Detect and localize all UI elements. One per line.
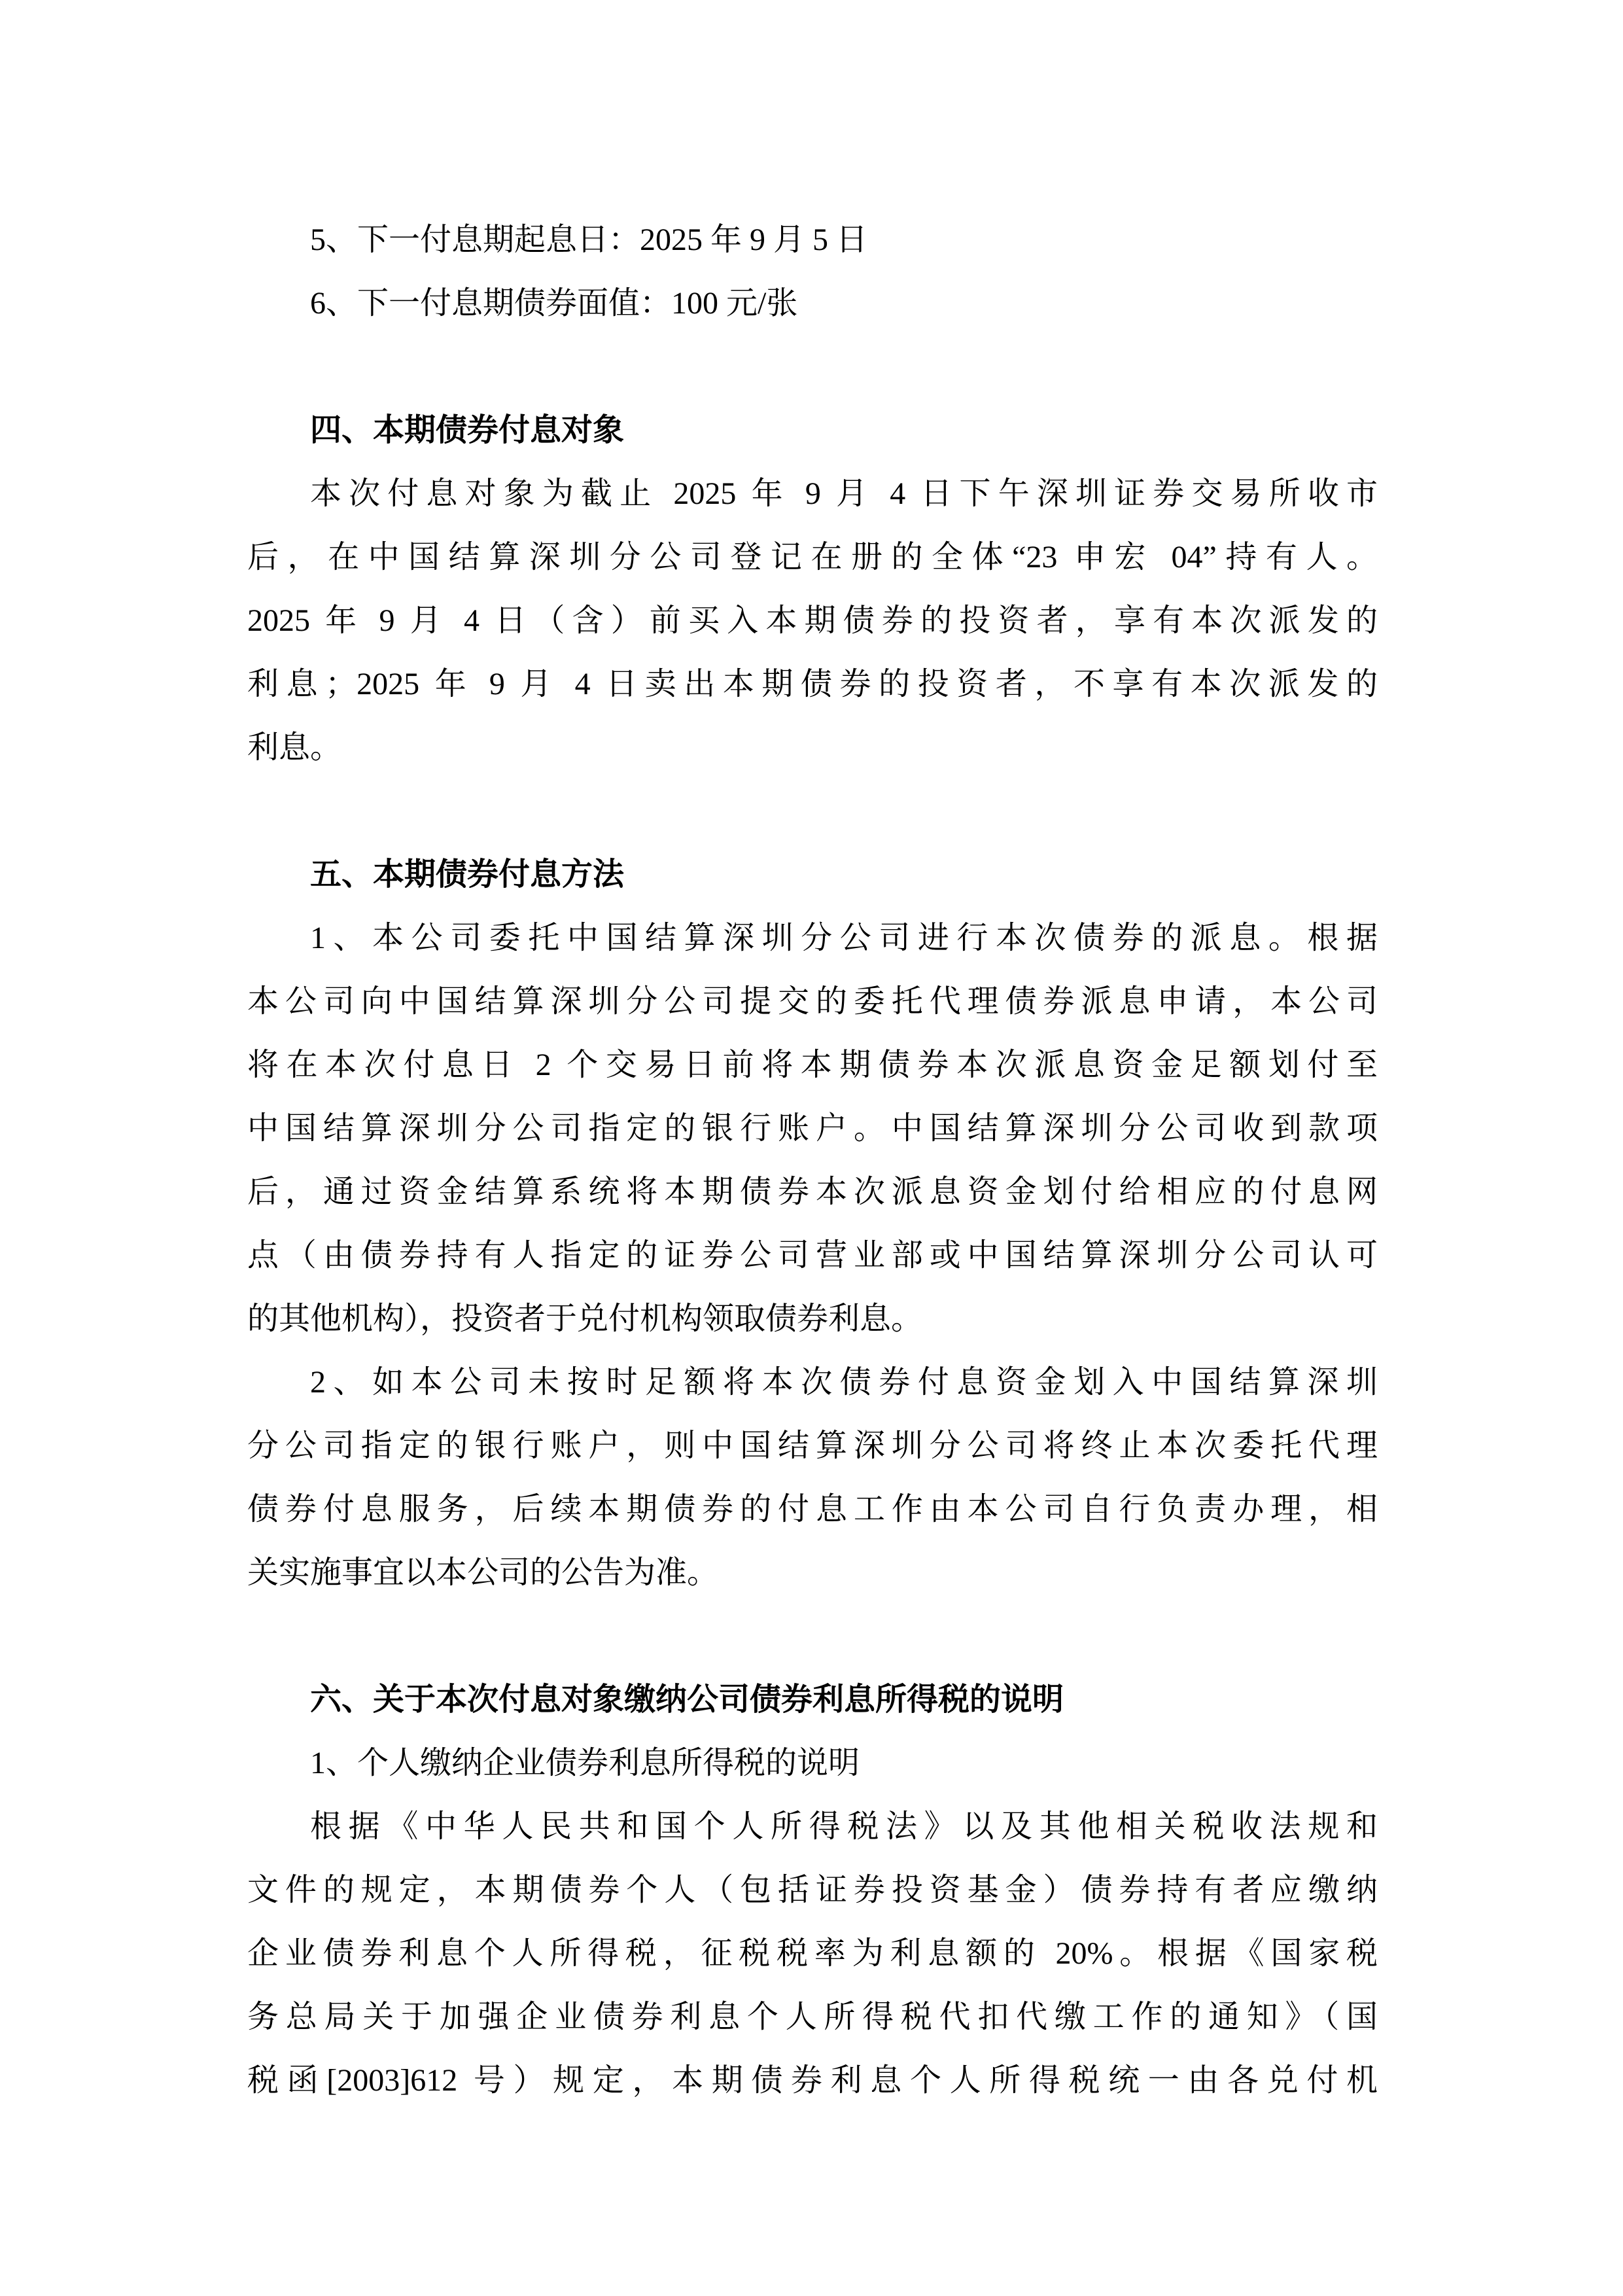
paragraph: 根据《中华人民共和国个人所得税法》以及其他相关税收法规和 文件的规定，本期债券个… bbox=[247, 1795, 1378, 2112]
text-line: 2025 年 9 月 4 日（含）前买入本期债券的投资者，享有本次派发的 bbox=[247, 589, 1378, 652]
paragraph: 1、个人缴纳企业债券利息所得税的说明 bbox=[247, 1731, 1378, 1795]
list-item: 5、下一付息期起息日：2025 年 9 月 5 日 bbox=[247, 208, 1378, 272]
text-line: 税函[2003]612 号）规定，本期债券利息个人所得税统一由各兑付机 bbox=[247, 2049, 1378, 2112]
text-line: 的其他机构），投资者于兑付机构领取债券利息。 bbox=[247, 1287, 1378, 1351]
paragraph: 1、本公司委托中国结算深圳分公司进行本次债券的派息。根据 本公司向中国结算深圳分… bbox=[247, 906, 1378, 1351]
text-line: 后，通过资金结算系统将本期债券本次派息资金划付给相应的付息网 bbox=[247, 1160, 1378, 1224]
text-line: 将在本次付息日 2 个交易日前将本期债券本次派息资金足额划付至 bbox=[247, 1033, 1378, 1097]
text-line: 关实施事宜以本公司的公告为准。 bbox=[247, 1541, 1378, 1604]
section-heading: 五、本期债券付息方法 bbox=[247, 843, 1378, 906]
paragraph: 2、如本公司未按时足额将本次债券付息资金划入中国结算深圳 分公司指定的银行账户，… bbox=[247, 1351, 1378, 1604]
text-line: 利息。 bbox=[247, 716, 1378, 779]
text-line: 利息；2025 年 9 月 4 日卖出本期债券的投资者，不享有本次派发的 bbox=[247, 652, 1378, 716]
text-line: 中国结算深圳分公司指定的银行账户。中国结算深圳分公司收到款项 bbox=[247, 1097, 1378, 1160]
text-line: 企业债券利息个人所得税，征税税率为利息额的 20%。根据《国家税 bbox=[247, 1922, 1378, 1985]
text-line: 本次付息对象为截止 2025 年 9 月 4 日下午深圳证券交易所收市 bbox=[247, 462, 1378, 525]
section-payment-method: 五、本期债券付息方法 1、本公司委托中国结算深圳分公司进行本次债券的派息。根据 … bbox=[247, 843, 1378, 1604]
text-line: 分公司指定的银行账户，则中国结算深圳分公司将终止本次委托代理 bbox=[247, 1414, 1378, 1477]
text-line: 1、本公司委托中国结算深圳分公司进行本次债券的派息。根据 bbox=[247, 906, 1378, 970]
text-line: 2、如本公司未按时足额将本次债券付息资金划入中国结算深圳 bbox=[247, 1351, 1378, 1414]
text-line: 本公司向中国结算深圳分公司提交的委托代理债券派息申请，本公司 bbox=[247, 970, 1378, 1033]
section-heading: 四、本期债券付息对象 bbox=[247, 398, 1378, 462]
document-page: 5、下一付息期起息日：2025 年 9 月 5 日 6、下一付息期债券面值：10… bbox=[0, 0, 1623, 2296]
text-line: 务总局关于加强企业债券利息个人所得税代扣代缴工作的通知》（国 bbox=[247, 1985, 1378, 2049]
text-line: 1、个人缴纳企业债券利息所得税的说明 bbox=[247, 1731, 1378, 1795]
list-item: 6、下一付息期债券面值：100 元/张 bbox=[247, 272, 1378, 335]
section-payment-target: 四、本期债券付息对象 本次付息对象为截止 2025 年 9 月 4 日下午深圳证… bbox=[247, 398, 1378, 779]
text-line: 后，在中国结算深圳分公司登记在册的全体“23 申宏 04”持有人。 bbox=[247, 525, 1378, 589]
text-line: 文件的规定，本期债券个人（包括证券投资基金）债券持有者应缴纳 bbox=[247, 1858, 1378, 1922]
text-line: 债券付息服务，后续本期债券的付息工作由本公司自行负责办理，相 bbox=[247, 1477, 1378, 1541]
section-interest-tax: 六、关于本次付息对象缴纳公司债券利息所得税的说明 1、个人缴纳企业债券利息所得税… bbox=[247, 1668, 1378, 2112]
section-heading: 六、关于本次付息对象缴纳公司债券利息所得税的说明 bbox=[247, 1668, 1378, 1731]
paragraph: 本次付息对象为截止 2025 年 9 月 4 日下午深圳证券交易所收市 后，在中… bbox=[247, 462, 1378, 779]
text-line: 根据《中华人民共和国个人所得税法》以及其他相关税收法规和 bbox=[247, 1795, 1378, 1858]
text-line: 点（由债券持有人指定的证券公司营业部或中国结算深圳分公司认可 bbox=[247, 1224, 1378, 1287]
